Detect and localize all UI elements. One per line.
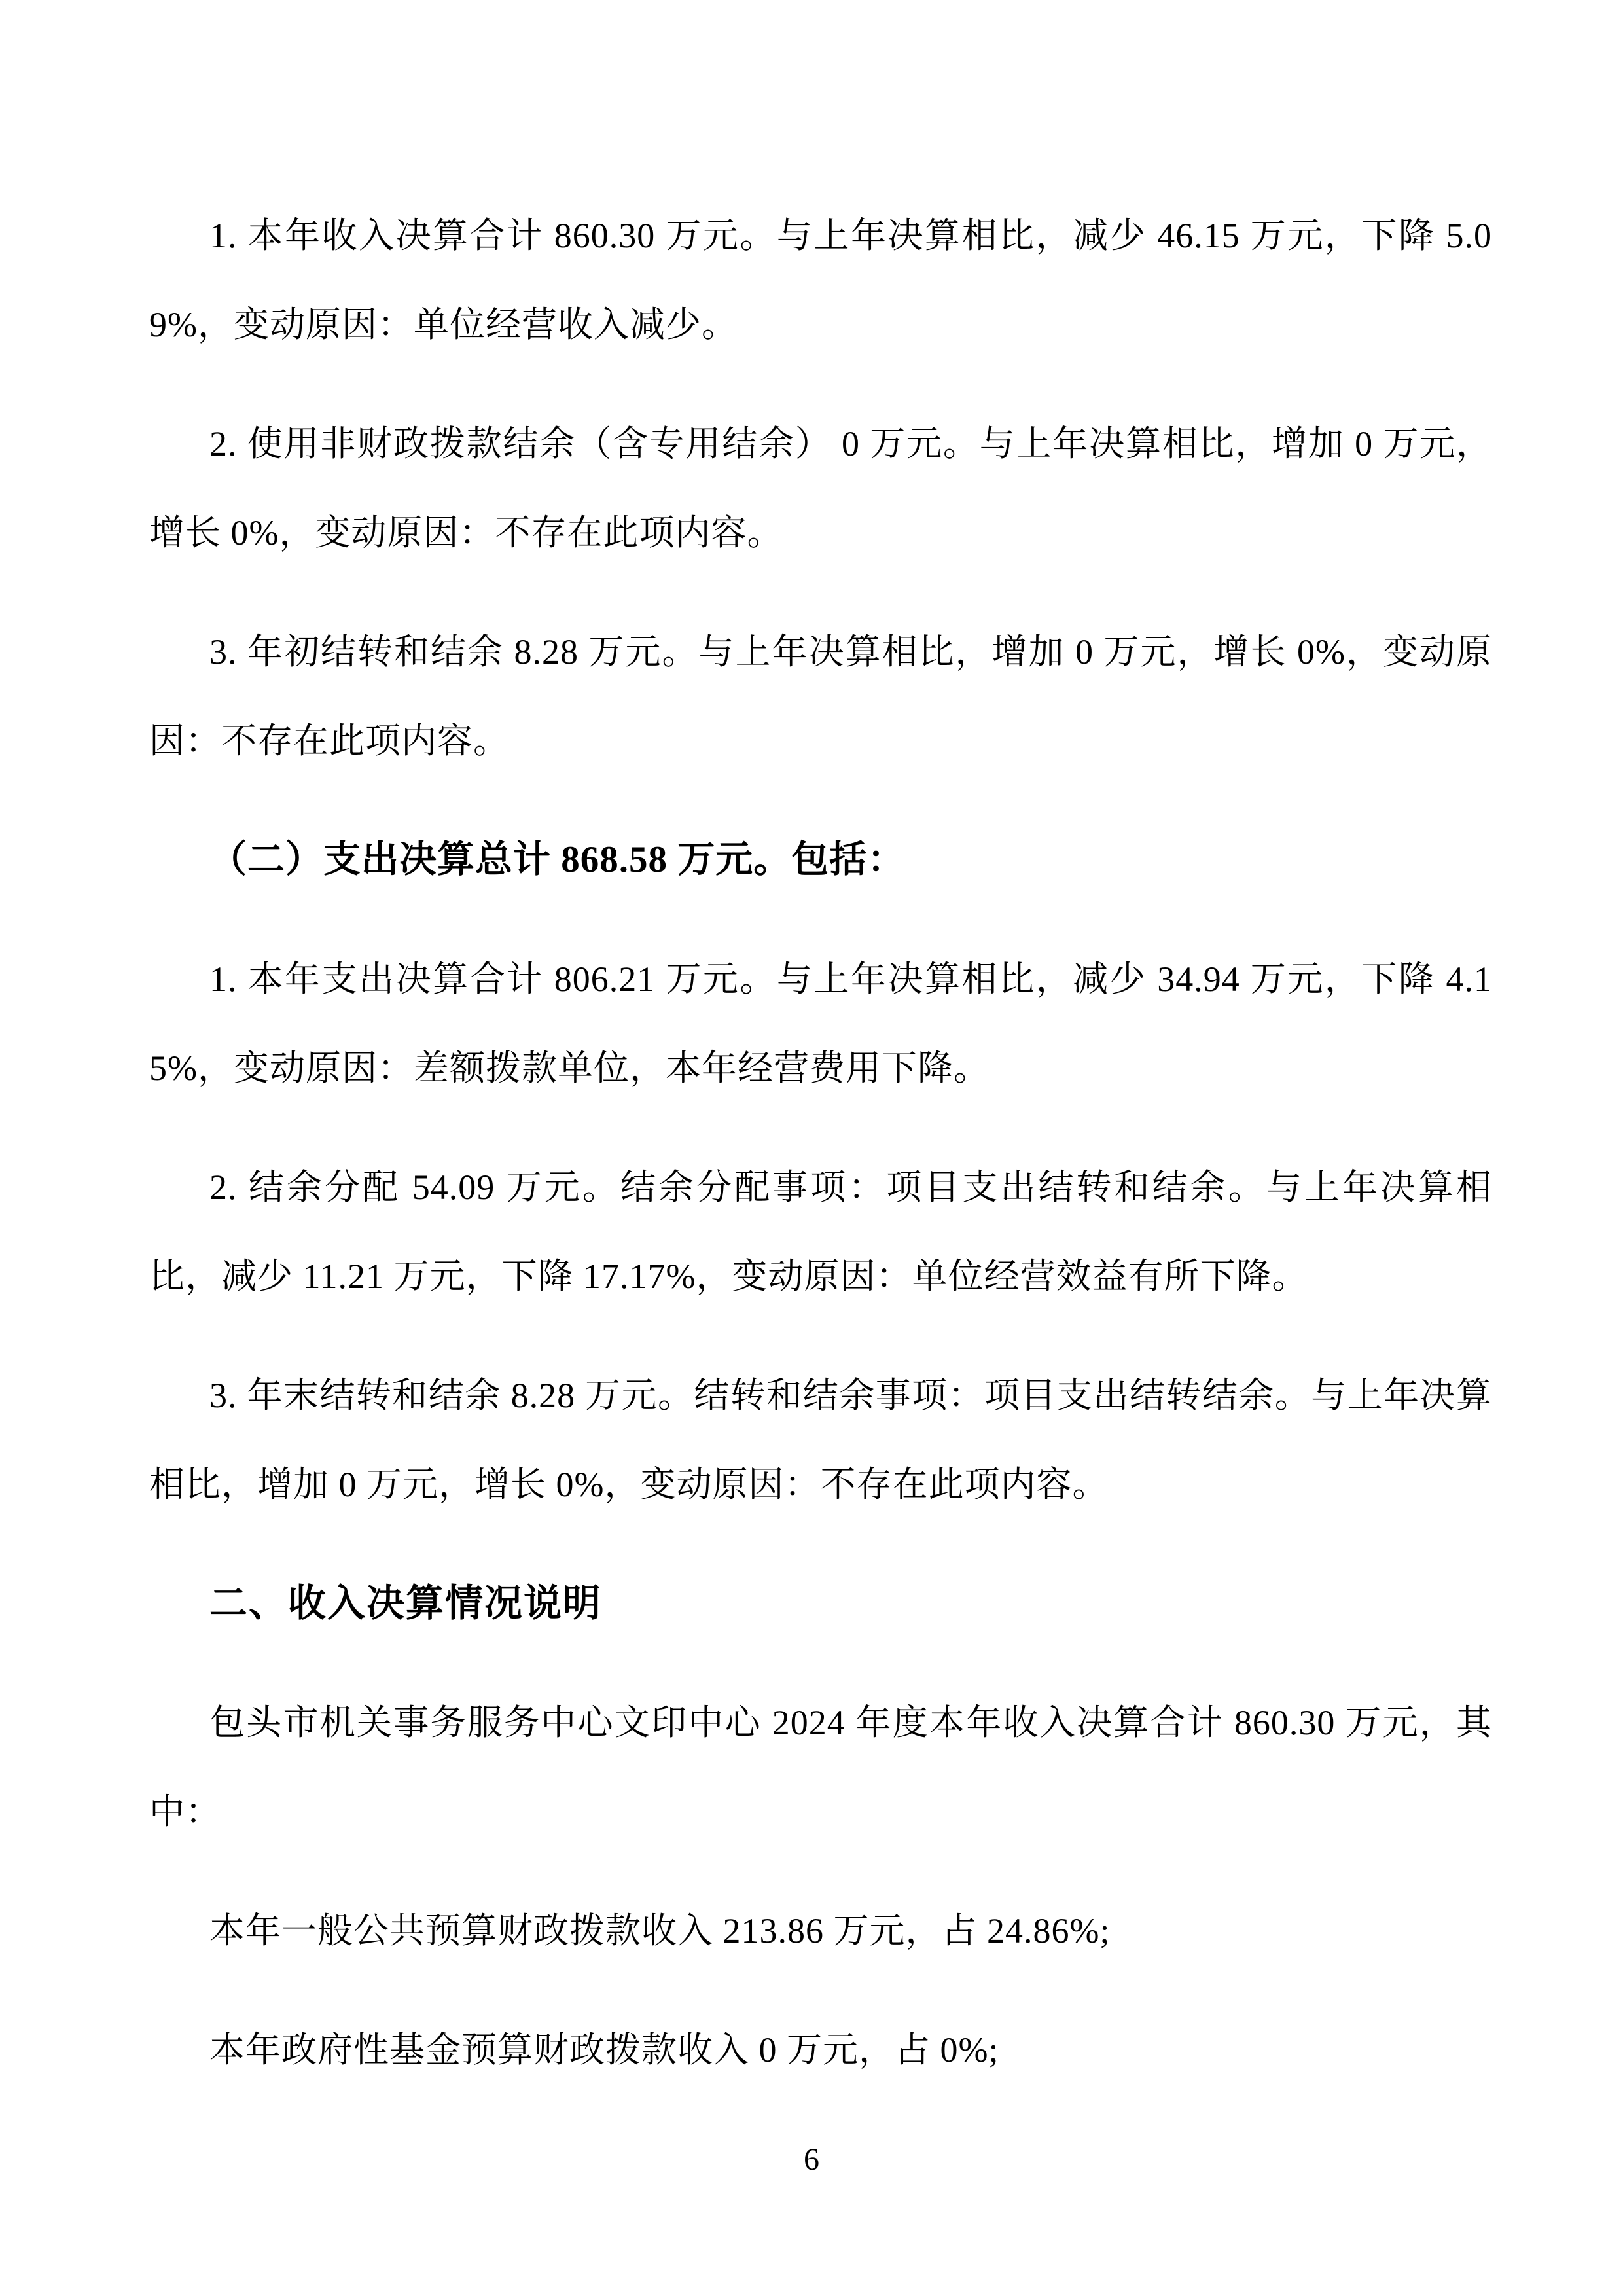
para-income-overview: 包头市机关事务服务中心文印中心 2024 年度本年收入决算合计 860.30 万… [149,1678,1492,1856]
page-number: 6 [0,2142,1623,2178]
para-yearend-carryover: 3. 年末结转和结余 8.28 万元。结转和结余事项：项目支出结转结余。与上年决… [149,1351,1492,1529]
document-page: 1. 本年收入决算合计 860.30 万元。与上年决算相比，减少 46.15 万… [0,0,1623,2296]
para-general-budget-income: 本年一般公共预算财政拨款收入 213.86 万元，占 24.86%; [149,1886,1492,1975]
heading-income-statement: 二、收入决算情况说明 [149,1559,1492,1648]
para-income-total: 1. 本年收入决算合计 860.30 万元。与上年决算相比，减少 46.15 万… [149,191,1492,369]
para-expenditure-total: 1. 本年支出决算合计 806.21 万元。与上年决算相比，减少 34.94 万… [149,935,1492,1113]
page-content: 1. 本年收入决算合计 860.30 万元。与上年决算相比，减少 46.15 万… [149,191,1492,2125]
para-govfund-income: 本年政府性基金预算财政拨款收入 0 万元，占 0%; [149,2005,1492,2094]
subheading-expenditure-total: （二）支出决算总计 868.58 万元。包括： [149,816,1492,905]
para-surplus-distribution: 2. 结余分配 54.09 万元。结余分配事项：项目支出结转和结余。与上年决算相… [149,1143,1492,1321]
para-beginning-carryover: 3. 年初结转和结余 8.28 万元。与上年决算相比，增加 0 万元，增长 0%… [149,607,1492,785]
para-nonfiscal-carryover: 2. 使用非财政拨款结余（含专用结余） 0 万元。与上年决算相比，增加 0 万元… [149,399,1492,577]
